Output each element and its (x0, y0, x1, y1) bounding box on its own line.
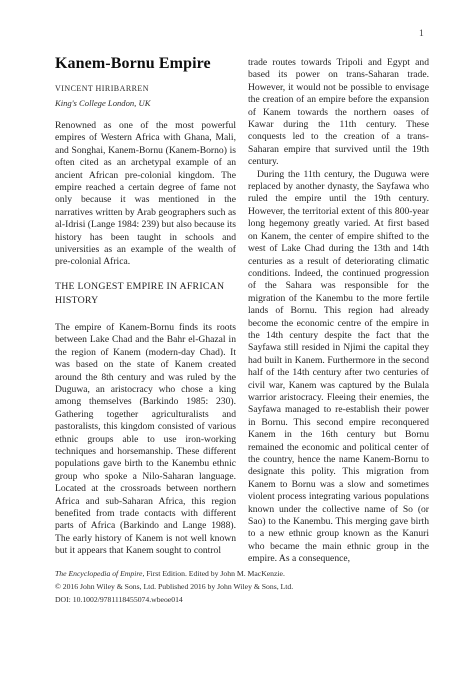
article-title: Kanem-Bornu Empire (55, 54, 236, 73)
document-page: 1 Kanem-Bornu Empire VINCENT HIRIBARREN … (0, 0, 474, 680)
section-paragraph-left: The empire of Kanem-Bornu finds its root… (55, 322, 236, 558)
author-name: VINCENT HIRIBARREN (55, 84, 236, 94)
page-number: 1 (419, 29, 424, 40)
section-heading: THE LONGEST EMPIRE IN AFRICAN HISTORY (55, 280, 236, 309)
section-paragraph-second: During the 11th century, the Duguwa were… (248, 169, 429, 566)
footer-doi-line: DOI: 10.1002/9781118455074.wbeoe014 (55, 594, 435, 607)
footer-edition-line: The Encyclopedia of Empire, First Editio… (55, 568, 435, 581)
left-column: Kanem-Bornu Empire VINCENT HIRIBARREN Ki… (55, 54, 236, 558)
footer-book-title: The Encyclopedia of Empire (55, 569, 142, 578)
section-paragraph-continuation: trade routes towards Tripoli and Egypt a… (248, 57, 429, 169)
intro-paragraph: Renowned as one of the most powerful emp… (55, 120, 236, 269)
footer-copyright-line: © 2016 John Wiley & Sons, Ltd. Published… (55, 581, 435, 594)
footer-edition-text: , First Edition. Edited by John M. MacKe… (142, 569, 284, 578)
right-column: trade routes towards Tripoli and Egypt a… (248, 57, 429, 566)
author-affiliation: King's College London, UK (55, 98, 236, 108)
footer-imprint: The Encyclopedia of Empire, First Editio… (55, 568, 435, 607)
